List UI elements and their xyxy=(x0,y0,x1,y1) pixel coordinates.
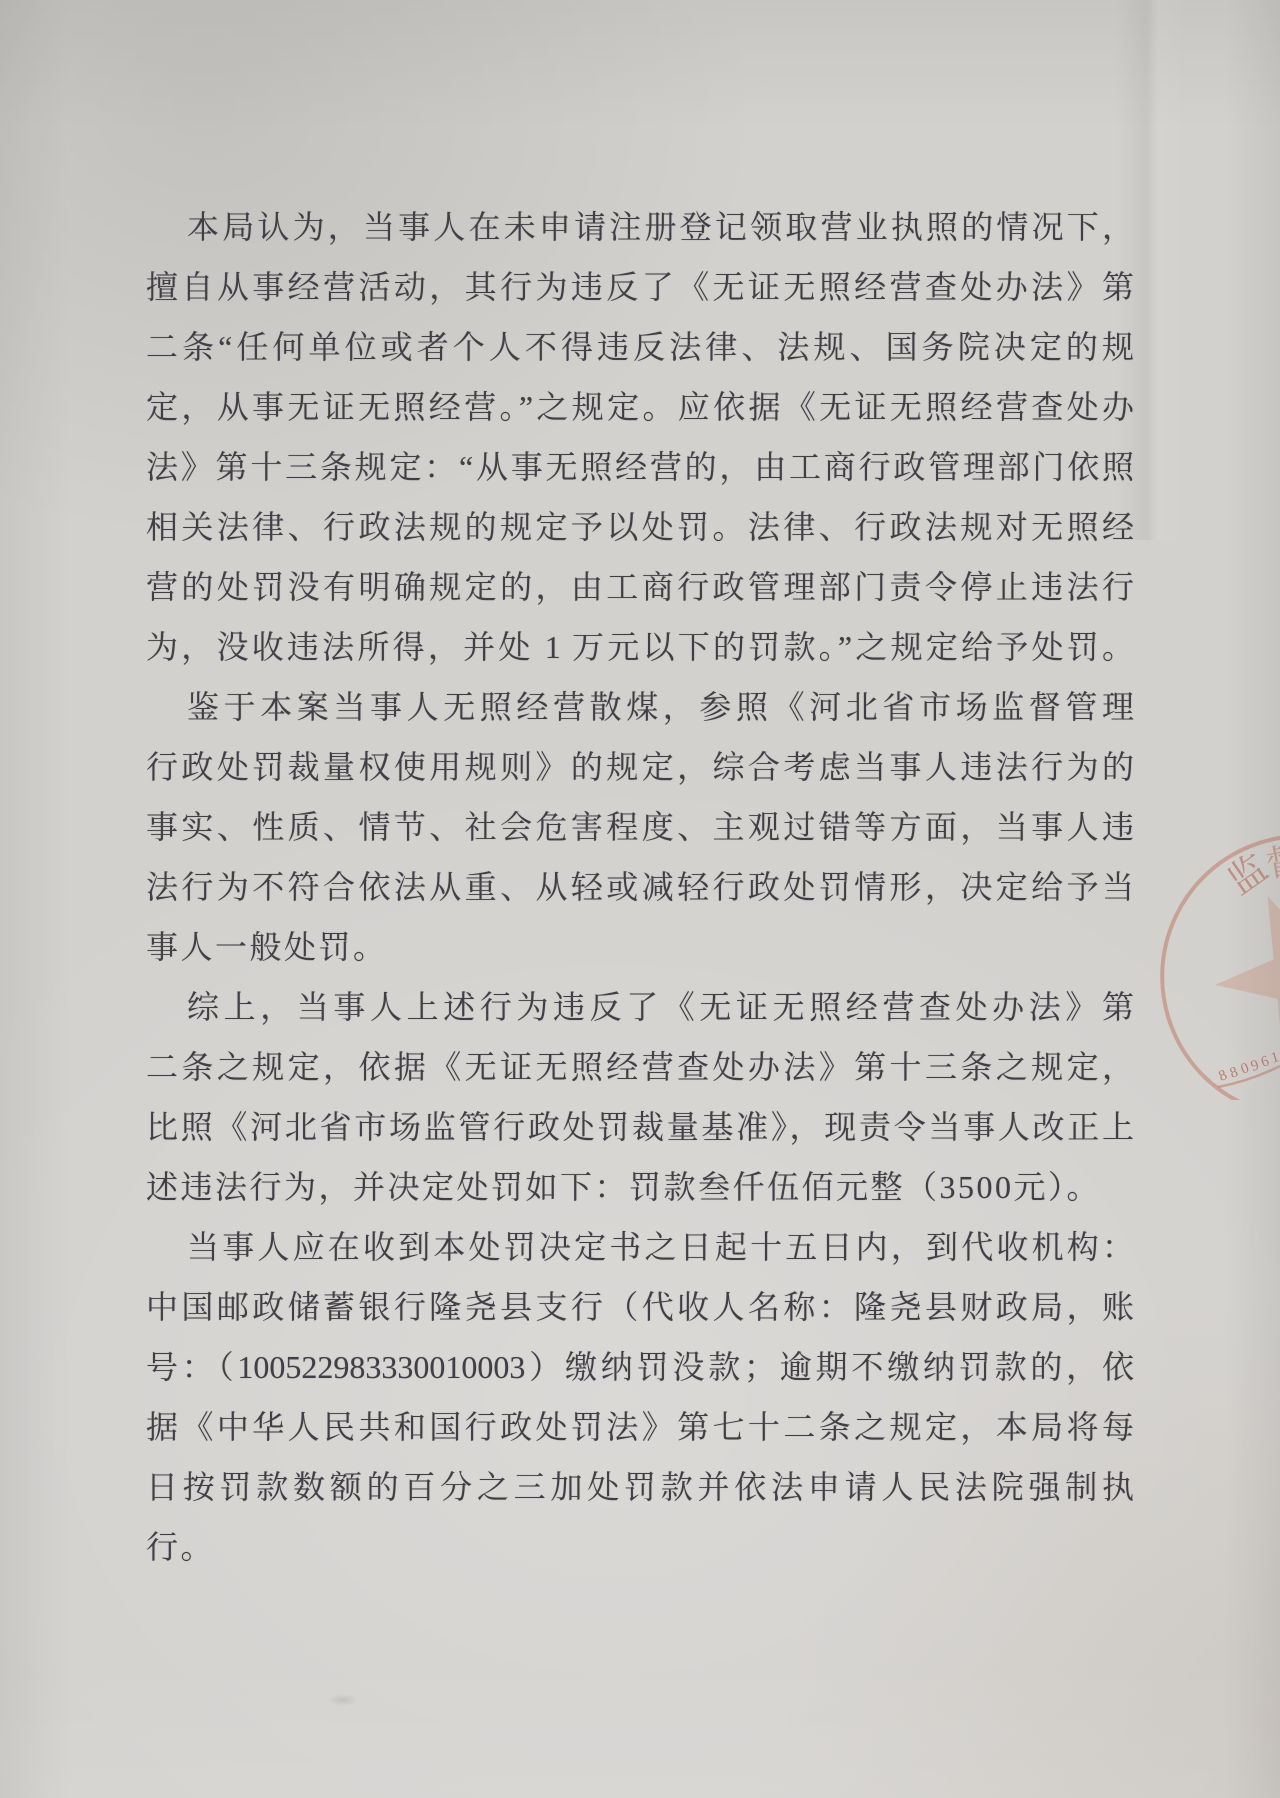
doc-line: 比照《河北省市场监管行政处罚裁量基准》，现责令当事人改正上 xyxy=(146,1097,1134,1157)
doc-line: 擅自从事经营活动，其行为违反了《无证无照经营查处办法》第 xyxy=(146,257,1134,317)
doc-line: 法》第十三条规定：“从事无照经营的，由工商行政管理部门依照 xyxy=(146,437,1134,497)
penalty-decision-text: 本局认为，当事人在未申请注册登记领取营业执照的情况下， 擅自从事经营活动，其行为… xyxy=(146,197,1134,1577)
seal-serial-digit: 9 xyxy=(1249,1057,1261,1075)
doc-line: 相关法律、行政法规的规定予以处罚。法律、行政法规对无照经 xyxy=(146,497,1134,557)
doc-line: 述违法行为，并决定处罚如下：罚款叁仟伍佰元整（3500元）。 xyxy=(146,1157,1134,1217)
doc-line: 法行为不符合依法从重、从轻或减轻行政处罚情形，决定给予当 xyxy=(146,857,1134,917)
doc-line: 行政处罚裁量权使用规则》的规定，综合考虑当事人违法行为的 xyxy=(146,737,1134,797)
doc-line: 当事人应在收到本处罚决定书之日起十五日内，到代收机构： xyxy=(146,1217,1134,1277)
doc-line: 二条之规定，依据《无证无照经营查处办法》第十三条之规定， xyxy=(146,1037,1134,1097)
seal-star-icon xyxy=(1215,896,1280,1063)
doc-line: 据《中华人民共和国行政处罚法》第七十二条之规定，本局将每 xyxy=(146,1397,1134,1457)
doc-line: 中国邮政储蓄银行隆尧县支行（代收人名称：隆尧县财政局，账 xyxy=(146,1277,1134,1337)
doc-line: 行。 xyxy=(146,1517,1134,1577)
doc-line: 本局认为，当事人在未申请注册登记领取营业执照的情况下， xyxy=(146,197,1134,257)
paper-smudge xyxy=(328,1694,358,1706)
doc-line: 定，从事无证无照经营。”之规定。应依据《无证无照经营查处办 xyxy=(146,377,1134,437)
seal-serial-digit: 8 xyxy=(1228,1064,1241,1082)
seal-serial-digit: 1 xyxy=(1269,1049,1280,1066)
doc-line: 综上，当事人上述行为违反了《无证无照经营查处办法》第 xyxy=(146,977,1134,1037)
doc-line: 营的处罚没有明确规定的，由工商行政管理部门责令停止违法行 xyxy=(146,557,1134,617)
doc-line: 事实、性质、情节、社会危害程度、主观过错等方面，当事人违 xyxy=(146,797,1134,857)
doc-line: 二条“任何单位或者个人不得违反法律、法规、国务院决定的规 xyxy=(146,317,1134,377)
doc-line: 号：（100522983330010003）缴纳罚没款；逾期不缴纳罚款的，依 xyxy=(146,1337,1134,1397)
doc-line: 鉴于本案当事人无照经营散煤，参照《河北省市场监督管理 xyxy=(146,677,1134,737)
document-photo: 本局认为，当事人在未申请注册登记领取营业执照的情况下， 擅自从事经营活动，其行为… xyxy=(0,0,1280,1798)
doc-line: 为，没收违法所得，并处 1 万元以下的罚款。”之规定给予处罚。 xyxy=(146,617,1134,677)
doc-line: 事人一般处罚。 xyxy=(146,917,1134,977)
doc-line: 日按罚款数额的百分之三加处罚款并依法申请人民法院强制执 xyxy=(146,1457,1134,1517)
seal-serial-digit: 8 xyxy=(1217,1067,1230,1085)
official-red-seal: 监 督 8 8 0 9 6 1 xyxy=(1160,800,1280,1100)
